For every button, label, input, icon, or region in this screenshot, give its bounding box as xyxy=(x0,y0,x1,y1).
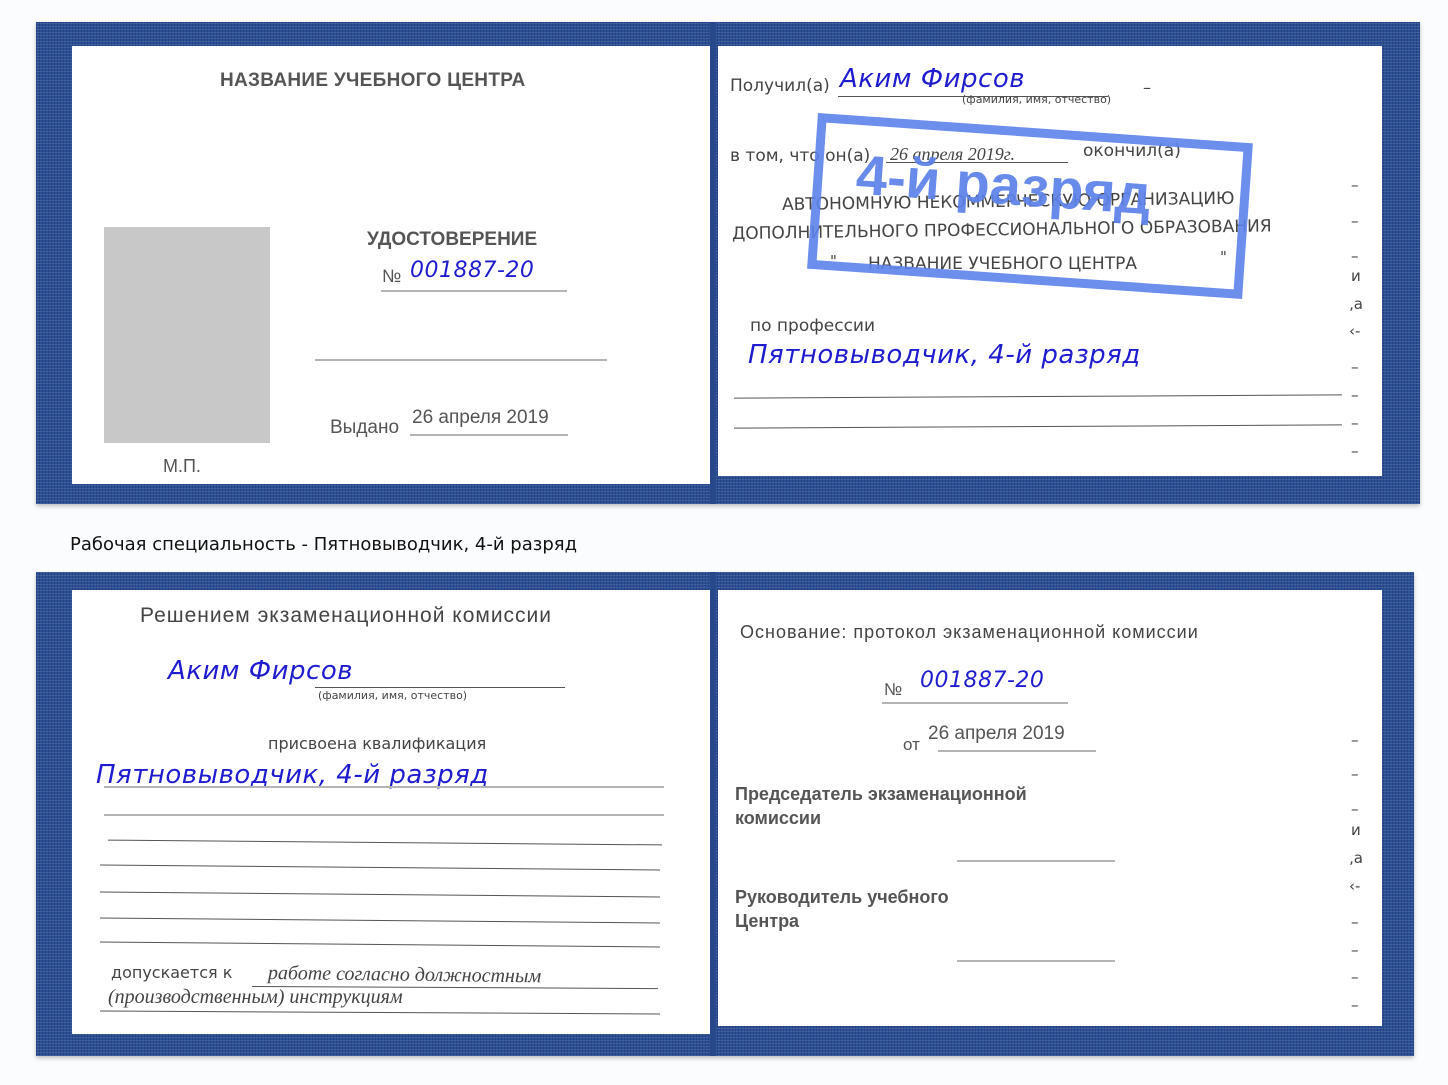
profession-value: Пятновыводчик, 4-й разряд xyxy=(748,340,1141,370)
issued-date: 26 апреля 2019 xyxy=(412,407,549,429)
edge-mark: – xyxy=(1351,731,1359,749)
edge-mark: – xyxy=(1351,941,1359,959)
edge-mark: ‚а xyxy=(1349,849,1363,867)
chairman-label-1: Председатель экзаменационной xyxy=(735,784,1027,805)
protocol-number-prefix: № xyxy=(884,680,902,700)
admitted-text-1: работе согласно должностным xyxy=(268,962,541,988)
edge-mark: ‹- xyxy=(1349,877,1360,895)
admitted-label: допускается к xyxy=(111,963,232,982)
number-prefix: № xyxy=(382,266,401,287)
chairman-signature-line xyxy=(957,860,1115,862)
edge-mark: – xyxy=(1351,800,1359,818)
issued-label: Выдано xyxy=(330,417,399,439)
received-label: Получил(а) xyxy=(730,76,830,96)
fio-hint-bottom: (фамилия, имя, отчество) xyxy=(318,689,467,702)
edge-mark: и xyxy=(1351,267,1361,285)
blank-line xyxy=(315,359,607,361)
protocol-date: 26 апреля 2019 xyxy=(928,723,1065,745)
edge-mark: – xyxy=(1351,386,1359,404)
document-title: УДОСТОВЕРЕНИЕ xyxy=(367,229,537,251)
edge-mark: ‹- xyxy=(1349,322,1360,340)
center-name: НАЗВАНИЕ УЧЕБНОГО ЦЕНТРА xyxy=(220,70,526,92)
edge-mark: – xyxy=(1351,176,1359,194)
edge-mark: – xyxy=(1351,765,1359,783)
caption: Рабочая специальность - Пятновыводчик, 4… xyxy=(70,534,577,555)
recipient-name-underline xyxy=(315,687,565,688)
edge-mark: – xyxy=(1351,996,1359,1014)
qualification-line-2 xyxy=(104,814,664,816)
number-underline xyxy=(381,290,567,292)
protocol-date-underline xyxy=(938,750,1096,752)
edge-mark: – xyxy=(1351,968,1359,986)
from-label: от xyxy=(903,735,920,755)
edge-mark: – xyxy=(1351,247,1359,265)
edge-mark: – xyxy=(1351,442,1359,460)
issued-underline xyxy=(410,434,568,436)
edge-mark: – xyxy=(1351,212,1359,230)
received-name: Аким Фирсов xyxy=(840,64,1025,94)
chairman-label-2: комиссии xyxy=(735,808,821,829)
head-signature-line xyxy=(957,960,1115,962)
received-dash: – xyxy=(1143,78,1151,97)
edge-mark: – xyxy=(1351,358,1359,376)
certificate-number: 001887-20 xyxy=(410,258,534,283)
edge-mark: – xyxy=(1351,913,1359,931)
basis-title: Основание: протокол экзаменационной коми… xyxy=(740,622,1199,643)
edge-mark: – xyxy=(1351,414,1359,432)
photo-placeholder xyxy=(104,227,270,443)
fio-hint-top: (фамилия, имя, отчество) xyxy=(962,93,1111,106)
recipient-name: Аким Фирсов xyxy=(168,656,353,686)
qualification-line-1 xyxy=(104,786,664,788)
qualification-label: присвоена квалификация xyxy=(268,734,486,753)
protocol-number-underline xyxy=(882,702,1068,704)
top-spine xyxy=(710,22,716,504)
edge-mark: и xyxy=(1351,821,1361,839)
edge-mark: ‚а xyxy=(1349,295,1363,313)
protocol-number: 001887-20 xyxy=(920,668,1044,693)
decision-title: Решением экзаменационной комиссии xyxy=(140,604,552,628)
head-label-2: Центра xyxy=(735,911,799,932)
bottom-spine xyxy=(710,572,716,1056)
admitted-text-2: (производственным) инструкциям xyxy=(108,986,403,1009)
stamp-place-label: М.П. xyxy=(163,456,201,477)
head-label-1: Руководитель учебного xyxy=(735,887,949,908)
profession-label: по профессии xyxy=(750,316,875,336)
